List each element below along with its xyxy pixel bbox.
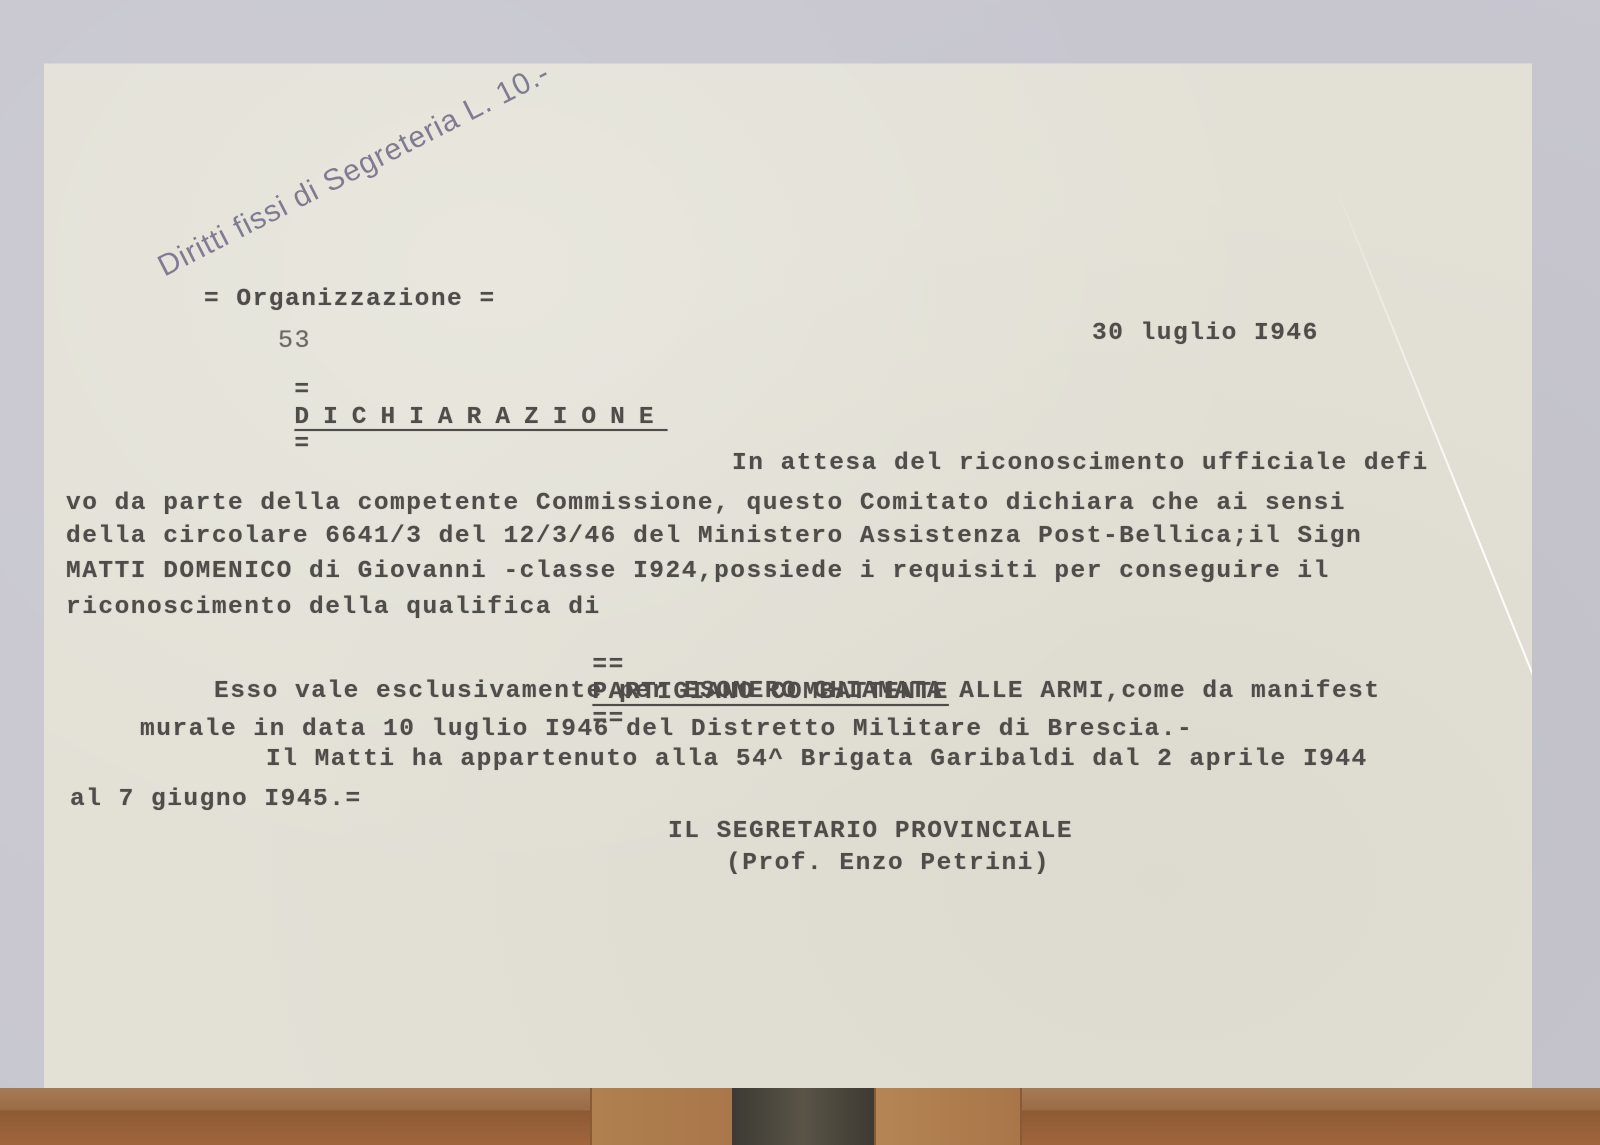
shelf-gap — [732, 1088, 874, 1145]
shelf-plank-left — [0, 1088, 590, 1145]
title-suffix: = — [294, 431, 310, 458]
document-title: = DICHIARAZIONE = — [262, 350, 668, 458]
shelf-block — [592, 1088, 732, 1145]
signature-name: (Prof. Enzo Petrini) — [726, 850, 1050, 877]
document-date: 30 luglio I946 — [1092, 320, 1319, 347]
organization-heading: = Organizzazione = — [204, 286, 496, 313]
shelf-plank-right — [1022, 1088, 1600, 1145]
body-line-5: riconoscimento della qualifica di — [66, 594, 601, 621]
shelf-block — [876, 1088, 1020, 1145]
body-line-1: In attesa del riconoscimento ufficiale d… — [732, 450, 1429, 477]
validity-line-4: al 7 giugno I945.= — [70, 786, 362, 813]
validity-line-1: Esso vale esclusivamente per ESONERO CHI… — [214, 678, 1381, 705]
validity-line-2: murale in data 10 luglio I946 del Distre… — [140, 716, 1193, 743]
wooden-shelf — [0, 1088, 1600, 1145]
validity-line-3: Il Matti ha appartenuto alla 54^ Brigata… — [266, 746, 1368, 773]
body-line-2: vo da parte della competente Commissione… — [66, 490, 1346, 517]
body-line-4: MATTI DOMENICO di Giovanni -classe I924,… — [66, 558, 1330, 585]
qualification-prefix: == — [592, 652, 624, 679]
title-text: DICHIARAZIONE — [294, 404, 667, 431]
body-line-3: della circolare 6641/3 del 12/3/46 del M… — [66, 523, 1362, 550]
title-prefix: = — [294, 377, 310, 404]
signature-title: IL SEGRETARIO PROVINCIALE — [668, 818, 1073, 845]
